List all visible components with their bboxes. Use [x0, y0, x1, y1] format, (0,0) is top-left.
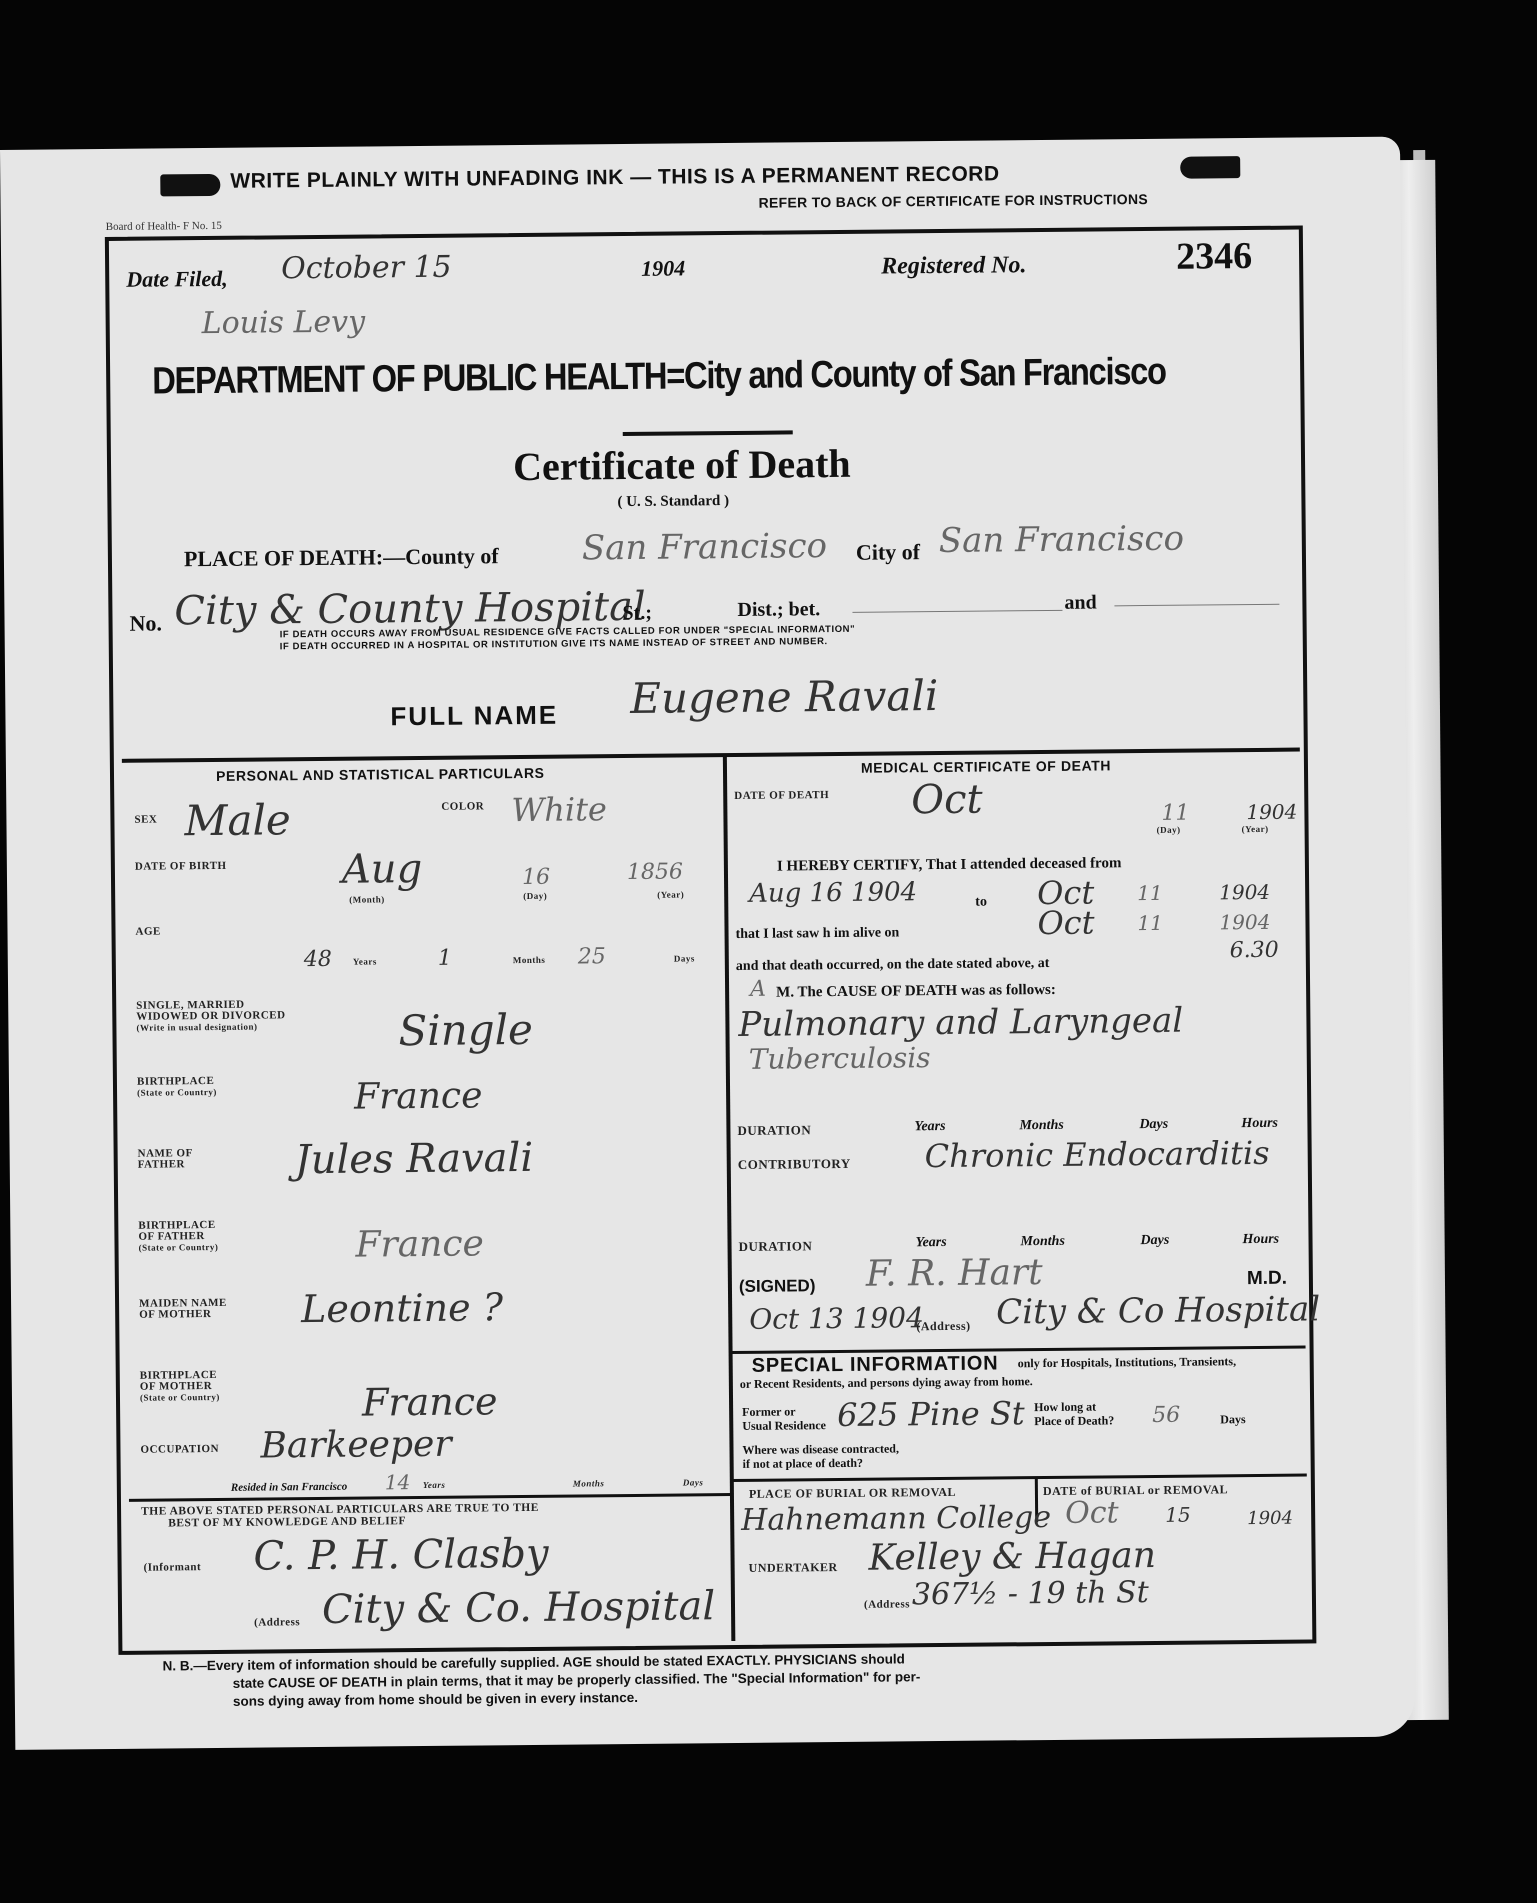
resided-months-label: Months [573, 1478, 605, 1489]
informant-address: City & Co. Hospital [322, 1583, 716, 1633]
color-value: White [511, 790, 607, 829]
registered-number: 2346 [1176, 234, 1252, 279]
birthplace-label-1: BIRTHPLACE [137, 1076, 214, 1088]
date-filed-value: October 15 [281, 250, 452, 287]
dob-month-label: (Month) [349, 894, 385, 905]
full-name-value: Eugene Ravali [630, 671, 938, 723]
undertaker-label: UNDERTAKER [749, 1562, 838, 1574]
informant-address-label: (Address [254, 1617, 300, 1628]
contributory-label: CONTRIBUTORY [738, 1158, 851, 1170]
dod-year-label: (Year) [1242, 824, 1269, 835]
duration-years-1: Years [914, 1119, 945, 1135]
mother-bp-value: France [362, 1379, 498, 1424]
color-label: COLOR [441, 801, 484, 812]
age-days-label: Days [674, 953, 695, 964]
md-label: M.D. [1247, 1268, 1287, 1290]
dod-label: DATE OF DEATH [734, 790, 829, 802]
medical-heading: MEDICAL CERTIFICATE OF DEATH [861, 757, 1111, 775]
marital-value: Single [398, 1005, 533, 1055]
informant-name: C. P. H. Clasby [253, 1531, 549, 1580]
registered-label: Registered No. [881, 252, 1027, 280]
last-saw-day: 11 [1137, 911, 1163, 935]
city-label: City of [856, 539, 920, 566]
age-months: 1 [438, 946, 452, 971]
cause-text: M. The CAUSE OF DEATH was as follows: [776, 982, 1056, 1002]
last-saw-year: 1904 [1219, 910, 1270, 934]
attended-from: Aug 16 1904 [749, 877, 917, 909]
pointing-hand-left-icon [160, 174, 220, 197]
age-days: 25 [578, 944, 606, 969]
how-long-label-2: Place of Death? [1034, 1413, 1114, 1429]
age-years-label: Years [353, 956, 377, 967]
mother-bp-label-2: OF MOTHER [140, 1381, 212, 1393]
warning-banner: WRITE PLAINLY WITH UNFADING INK — THIS I… [230, 162, 999, 193]
duration-days-1: Days [1139, 1117, 1168, 1133]
father-bp-label-3: (State or Country) [138, 1242, 218, 1254]
mother-bp-label-3: (State or Country) [140, 1392, 220, 1404]
dod-month: Oct [911, 777, 983, 824]
contributory-value: Chronic Endocarditis [925, 1134, 1270, 1175]
filed-year: 1904 [641, 255, 685, 281]
marital-label-2: WIDOWED OR DIVORCED [136, 1010, 285, 1022]
informant-statement-2: BEST OF MY KNOWLEDGE AND BELIEF [168, 1516, 406, 1529]
duration-years-2: Years [915, 1235, 946, 1251]
marital-label-3: (Write in usual designation) [136, 1022, 257, 1034]
duration-months-2: Months [1020, 1234, 1065, 1250]
resided-years: 14 [385, 1470, 411, 1494]
occurred-text: and that death occurred, on the date sta… [736, 956, 1050, 975]
duration-months-1: Months [1019, 1118, 1064, 1134]
dob-day-label: (Day) [523, 891, 547, 902]
age-years: 48 [304, 947, 332, 972]
cause-2: Tuberculosis [749, 1041, 931, 1076]
no-label: No. [129, 610, 162, 636]
dob-month: Aug [342, 846, 423, 893]
certificate-title: Certificate of Death [513, 440, 851, 490]
dob-day: 16 [522, 865, 550, 890]
special-note-1: only for Hospitals, Institutions, Transi… [1018, 1354, 1237, 1371]
signed-date: Oct 13 1904 [749, 1301, 924, 1336]
attended-to-year: 1904 [1219, 880, 1270, 904]
and-label: and [1064, 591, 1096, 614]
footnote-line-2: state CAUSE OF DEATH in plain terms, tha… [233, 1669, 921, 1691]
sex-value: Male [184, 795, 291, 845]
to-label: to [975, 895, 987, 911]
burial-place-label: PLACE OF BURIAL OR REMOVAL [749, 1487, 956, 1500]
last-saw-month: Oct [1037, 904, 1094, 943]
dod-day: 11 [1161, 801, 1189, 826]
date-filed-label: Date Filed, [126, 266, 228, 293]
attended-to-day: 11 [1137, 881, 1163, 905]
age-months-label: Months [513, 955, 546, 966]
burial-date-month: Oct [1065, 1495, 1119, 1531]
mother-value: Leontine ? [301, 1285, 503, 1331]
father-bp-label-2: OF FATHER [138, 1231, 204, 1243]
personal-heading: PERSONAL AND STATISTICAL PARTICULARS [216, 765, 545, 784]
footnote-line-3: sons dying away from home should be give… [233, 1690, 638, 1709]
death-time: 6.30 [1230, 938, 1279, 963]
dod-year: 1904 [1246, 800, 1297, 824]
city-value: San Francisco [939, 519, 1185, 561]
place-of-death-label: PLACE OF DEATH:—County of [184, 543, 499, 572]
undertaker-address-label: (Address [864, 1599, 910, 1610]
special-note-2: or Recent Residents, and persons dying a… [740, 1374, 1033, 1392]
mother-label-2: OF MOTHER [139, 1309, 211, 1321]
duration-label-2: DURATION [739, 1240, 813, 1252]
signed-label: (SIGNED) [739, 1276, 816, 1297]
father-value: Jules Ravali [294, 1135, 533, 1183]
dob-year-label: (Year) [657, 889, 684, 900]
contracted-label-2: if not at place of death? [743, 1456, 863, 1472]
informant-label: (Informant [144, 1562, 202, 1574]
duration-label-1: DURATION [737, 1124, 811, 1136]
how-long-days: Days [1220, 1412, 1245, 1427]
duration-hours-1: Hours [1241, 1116, 1278, 1132]
sex-label: SEX [134, 815, 157, 826]
dist-label: Dist.; bet. [737, 598, 820, 622]
residence-label-2: Usual Residence [742, 1418, 826, 1434]
how-long-value: 56 [1152, 1403, 1180, 1428]
dob-label: DATE OF BIRTH [135, 861, 227, 873]
occupation-label: OCCUPATION [140, 1444, 219, 1456]
burial-place: Hahnemann College [741, 1500, 1051, 1538]
registrar-signature: Louis Levy [202, 305, 366, 342]
occupation-value: Barkeeper [260, 1424, 451, 1467]
certificate-page: WRITE PLAINLY WITH UNFADING INK — THIS I… [0, 137, 1415, 1750]
age-label: AGE [135, 926, 160, 937]
certificate-standard: ( U. S. Standard ) [617, 493, 729, 511]
last-saw-text: that I last saw h im alive on [735, 925, 899, 943]
certify-text: I HEREBY CERTIFY, That I attended deceas… [777, 855, 1122, 875]
resided-days-label: Days [683, 1477, 704, 1488]
form-id: Board of Health- F No. 15 [106, 220, 222, 233]
meridiem: A [750, 977, 766, 1002]
refer-instructions: REFER TO BACK OF CERTIFICATE FOR INSTRUC… [758, 191, 1148, 211]
birthplace-label-2: (State or Country) [137, 1087, 217, 1099]
county-value: San Francisco [582, 526, 828, 568]
physician-address: City & Co Hospital [996, 1289, 1320, 1332]
physician-signature: F. R. Hart [866, 1252, 1043, 1295]
physician-address-label: (Address) [916, 1321, 970, 1333]
father-bp-value: France [355, 1223, 484, 1265]
duration-days-2: Days [1140, 1233, 1169, 1249]
undertaker-address: 367½ - 19 th St [912, 1575, 1149, 1612]
father-label-2: FATHER [138, 1159, 185, 1170]
resided-years-label: Years [423, 1480, 446, 1491]
resided-label: Resided in San Francisco [231, 1481, 348, 1494]
birthplace-value: France [354, 1075, 483, 1117]
undertaker-value: Kelley & Hagan [868, 1535, 1156, 1579]
dob-year: 1856 [627, 859, 683, 885]
burial-date-day: 15 [1165, 1503, 1191, 1527]
residence-value: 625 Pine St [837, 1394, 1025, 1434]
burial-date-year: 1904 [1247, 1508, 1293, 1529]
cause-1: Pulmonary and Laryngeal [738, 1001, 1183, 1045]
st-label: St.; [622, 602, 652, 625]
dod-day-label: (Day) [1157, 825, 1181, 836]
pointing-hand-right-icon [1180, 156, 1240, 179]
duration-hours-2: Hours [1242, 1232, 1279, 1248]
full-name-label: FULL NAME [390, 700, 558, 733]
